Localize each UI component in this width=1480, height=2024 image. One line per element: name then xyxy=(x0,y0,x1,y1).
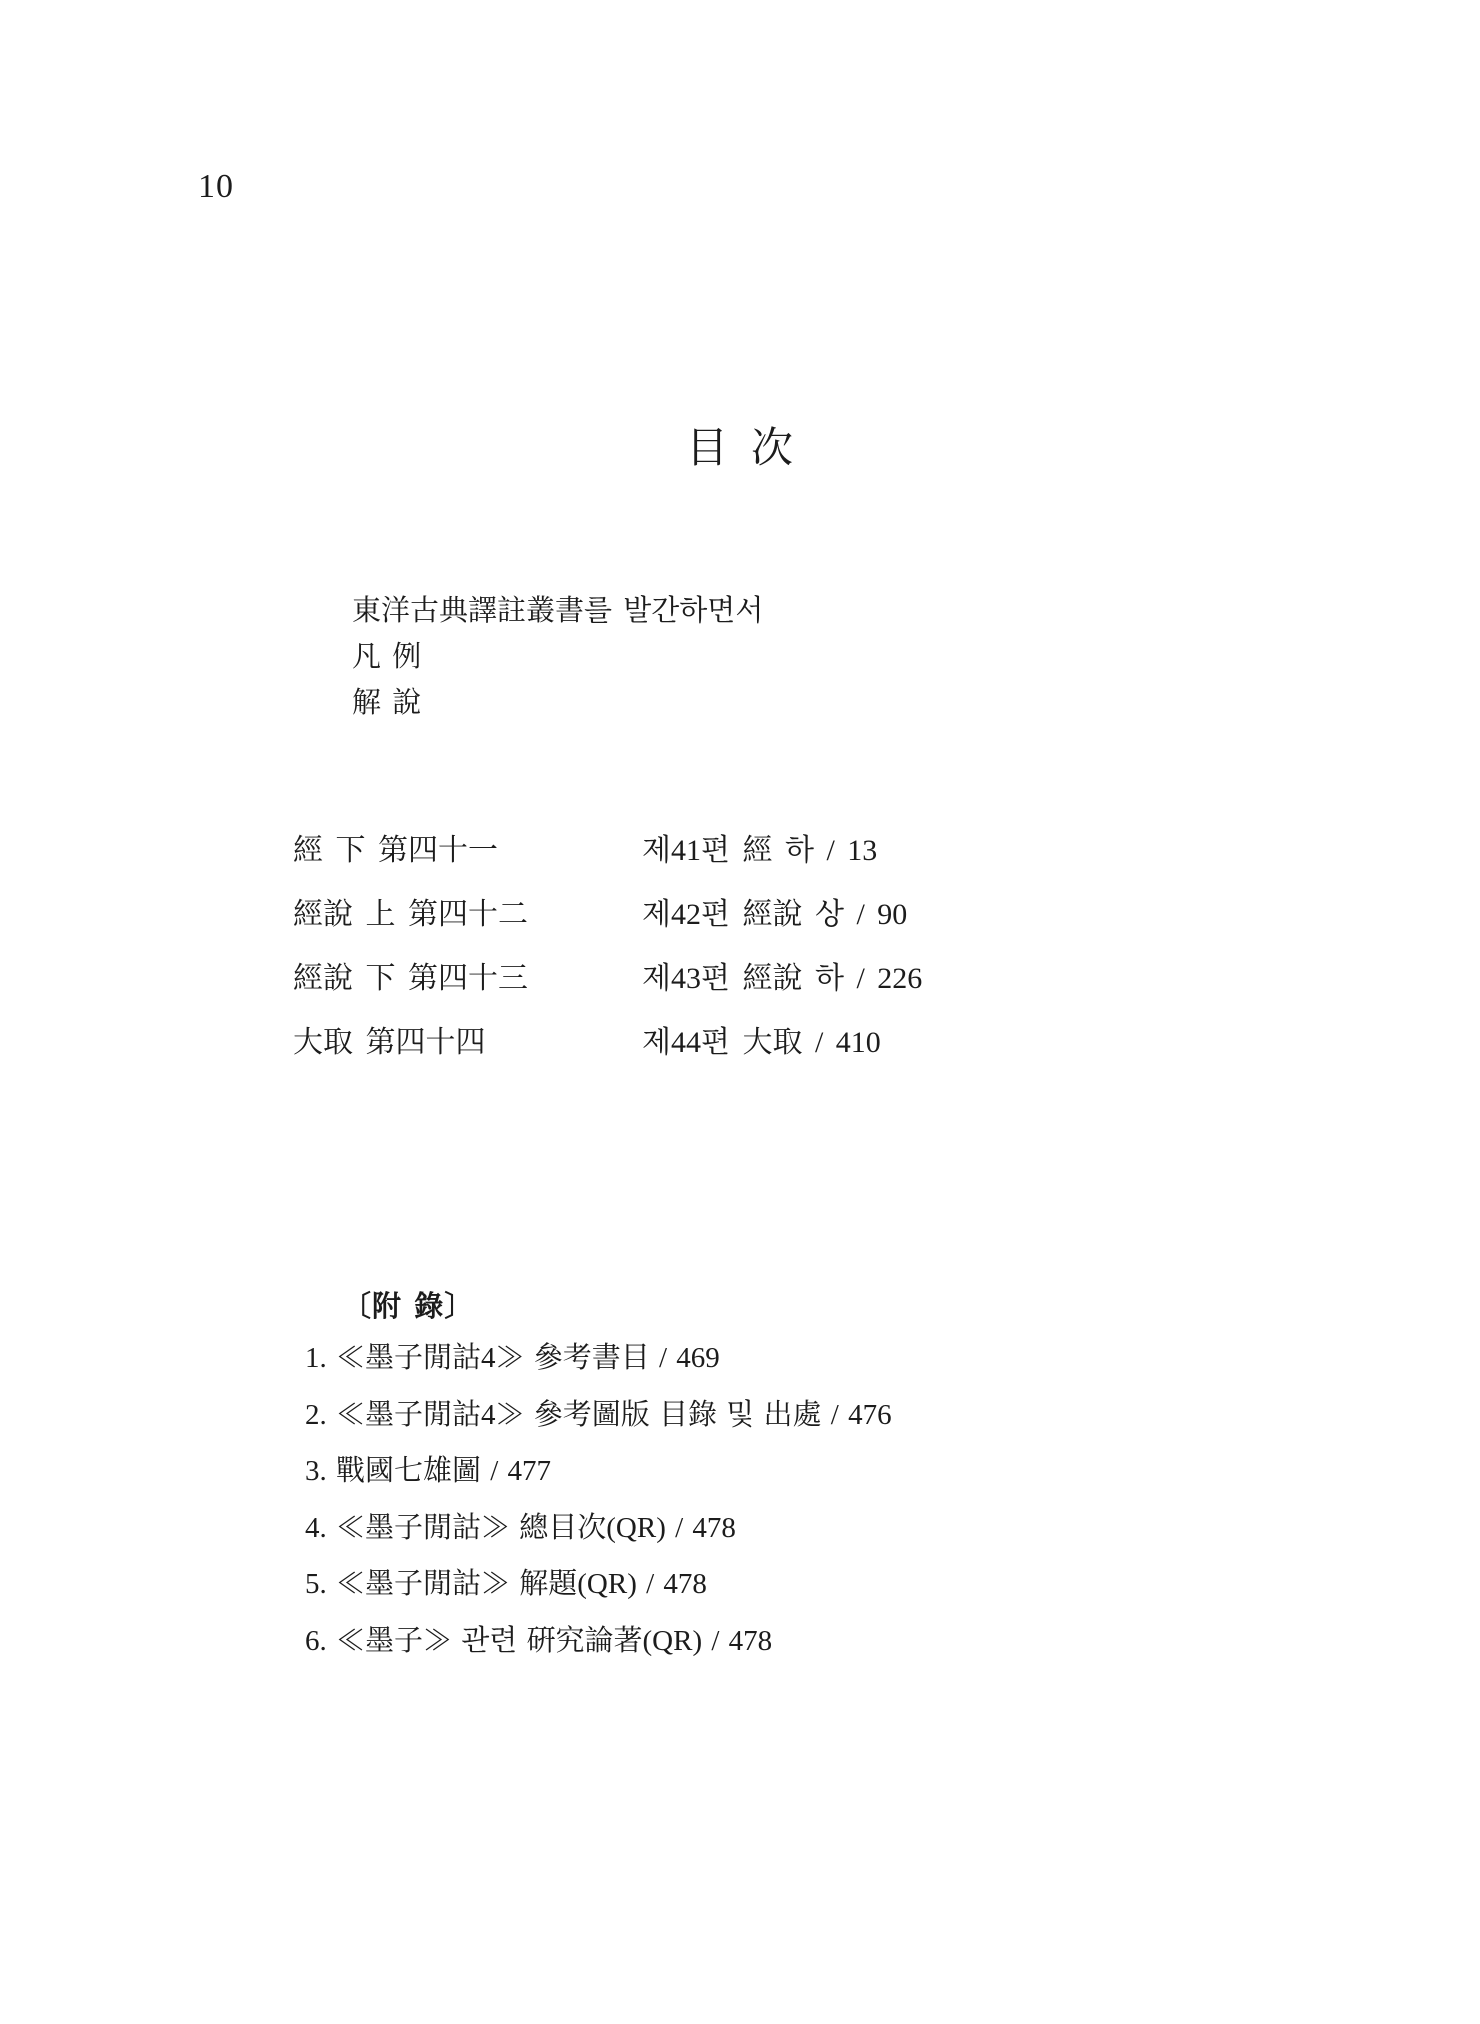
chapter-title-korean: 제43편 經說 하 / 226 xyxy=(642,953,922,997)
front-matter-item-conventions: 凡 例 xyxy=(352,634,763,680)
appendix-item: 6. ≪墨子≫ 관련 硏究論著(QR) / 478 xyxy=(305,1613,892,1670)
appendix-item: 2. ≪墨子閒詁4≫ 參考圖版 目錄 및 出處 / 476 xyxy=(305,1387,892,1444)
chapter-list: 經 下 第四十一 제41편 經 하 / 13 經說 上 第四十二 제42편 經說… xyxy=(293,815,922,1071)
chapter-title-korean: 제44편 大取 / 410 xyxy=(642,1017,881,1061)
front-matter-list: 東洋古典譯註叢書를 발간하면서 凡 例 解 說 xyxy=(352,588,763,726)
appendix-item: 5. ≪墨子閒詁≫ 解題(QR) / 478 xyxy=(305,1556,892,1613)
appendix-list: 1. ≪墨子閒詁4≫ 參考書目 / 469 2. ≪墨子閒詁4≫ 參考圖版 目錄… xyxy=(305,1330,892,1669)
appendix-item: 4. ≪墨子閒詁≫ 總目次(QR) / 478 xyxy=(305,1500,892,1557)
chapter-title-korean: 제41편 經 하 / 13 xyxy=(642,825,877,869)
chapter-row: 經說 上 第四十二 제42편 經說 상 / 90 xyxy=(293,879,922,943)
front-matter-item-commentary: 解 說 xyxy=(352,680,763,726)
chapter-row: 大取 第四十四 제44편 大取 / 410 xyxy=(293,1007,922,1071)
page-number: 10 xyxy=(198,170,234,204)
appendix-header: 〔附 錄〕 xyxy=(342,1284,474,1325)
chapter-title-hanja: 經說 上 第四十二 xyxy=(293,889,642,933)
front-matter-item-foreword: 東洋古典譯註叢書를 발간하면서 xyxy=(352,588,763,634)
scanned-toc-page: 10 目 次 東洋古典譯註叢書를 발간하면서 凡 例 解 說 經 下 第四十一 … xyxy=(0,0,1480,2024)
appendix-item: 1. ≪墨子閒詁4≫ 參考書目 / 469 xyxy=(305,1330,892,1387)
chapter-title-hanja: 大取 第四十四 xyxy=(293,1017,642,1061)
chapter-row: 經說 下 第四十三 제43편 經說 하 / 226 xyxy=(293,943,922,1007)
chapter-title-korean: 제42편 經說 상 / 90 xyxy=(642,889,907,933)
page-title: 目 次 xyxy=(0,426,1480,472)
chapter-title-hanja: 經說 下 第四十三 xyxy=(293,953,642,997)
chapter-title-hanja: 經 下 第四十一 xyxy=(293,825,642,869)
appendix-item: 3. 戰國七雄圖 / 477 xyxy=(305,1443,892,1500)
chapter-row: 經 下 第四十一 제41편 經 하 / 13 xyxy=(293,815,922,879)
